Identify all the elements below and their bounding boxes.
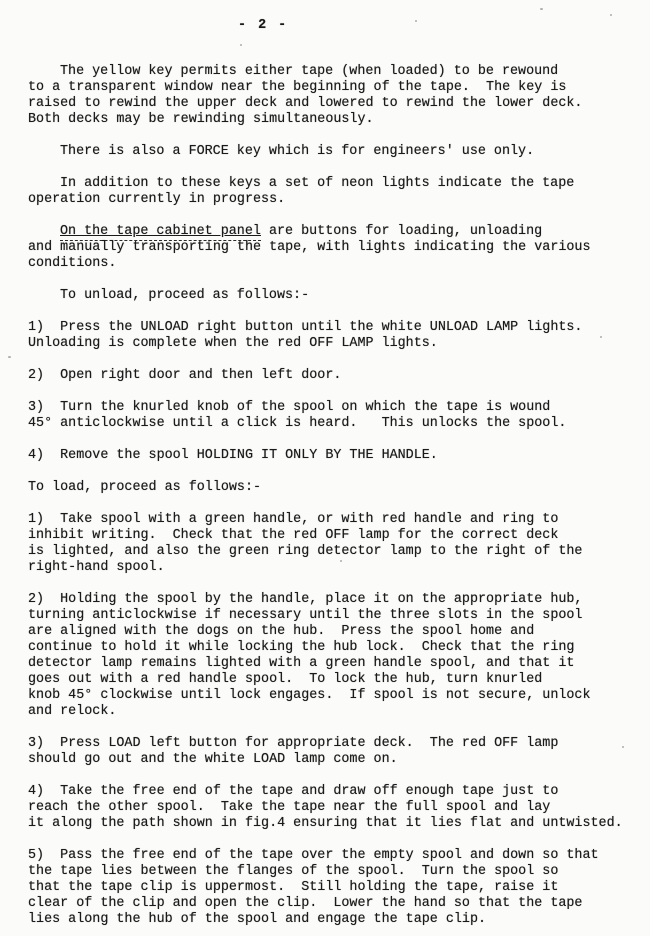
scan-speck — [610, 14, 612, 16]
scan-speck — [415, 20, 417, 22]
unload-heading: To unload, proceed as follows:- — [28, 288, 636, 304]
load-step-1: 1) Take spool with a green handle, or wi… — [28, 512, 636, 576]
paragraph-yellow-key: The yellow key permits either tape (when… — [28, 64, 636, 128]
underlined-phrase: On the tape cabinet panel — [60, 224, 261, 241]
load-step-4: 4) Take the free end of the tape and dra… — [28, 784, 636, 832]
load-step-5: 5) Pass the free end of the tape over th… — [28, 848, 636, 928]
unload-step-2: 2) Open right door and then left door. — [28, 368, 636, 384]
unload-step-4: 4) Remove the spool HOLDING IT ONLY BY T… — [28, 448, 636, 464]
unload-step-3: 3) Turn the knurled knob of the spool on… — [28, 400, 636, 432]
page-number: - 2 - — [238, 18, 636, 34]
load-heading: To load, proceed as follows:- — [28, 480, 636, 496]
load-step-3: 3) Press LOAD left button for appropriat… — [28, 736, 636, 768]
document-page: - 2 - The yellow key permits either tape… — [0, 0, 650, 936]
scan-speck — [340, 560, 342, 562]
unload-step-1: 1) Press the UNLOAD right button until t… — [28, 320, 636, 352]
scan-speck — [622, 746, 624, 748]
paragraph-neon-lights: In addition to these keys a set of neon … — [28, 176, 636, 208]
paragraph-force-key: There is also a FORCE key which is for e… — [28, 144, 636, 160]
paragraph-cabinet-panel: On the tape cabinet panel are buttons fo… — [28, 224, 636, 272]
scan-speck — [8, 356, 11, 358]
scan-speck — [540, 8, 543, 10]
scan-speck — [600, 336, 602, 338]
load-step-2: 2) Holding the spool by the handle, plac… — [28, 592, 636, 720]
scan-speck — [240, 44, 242, 46]
